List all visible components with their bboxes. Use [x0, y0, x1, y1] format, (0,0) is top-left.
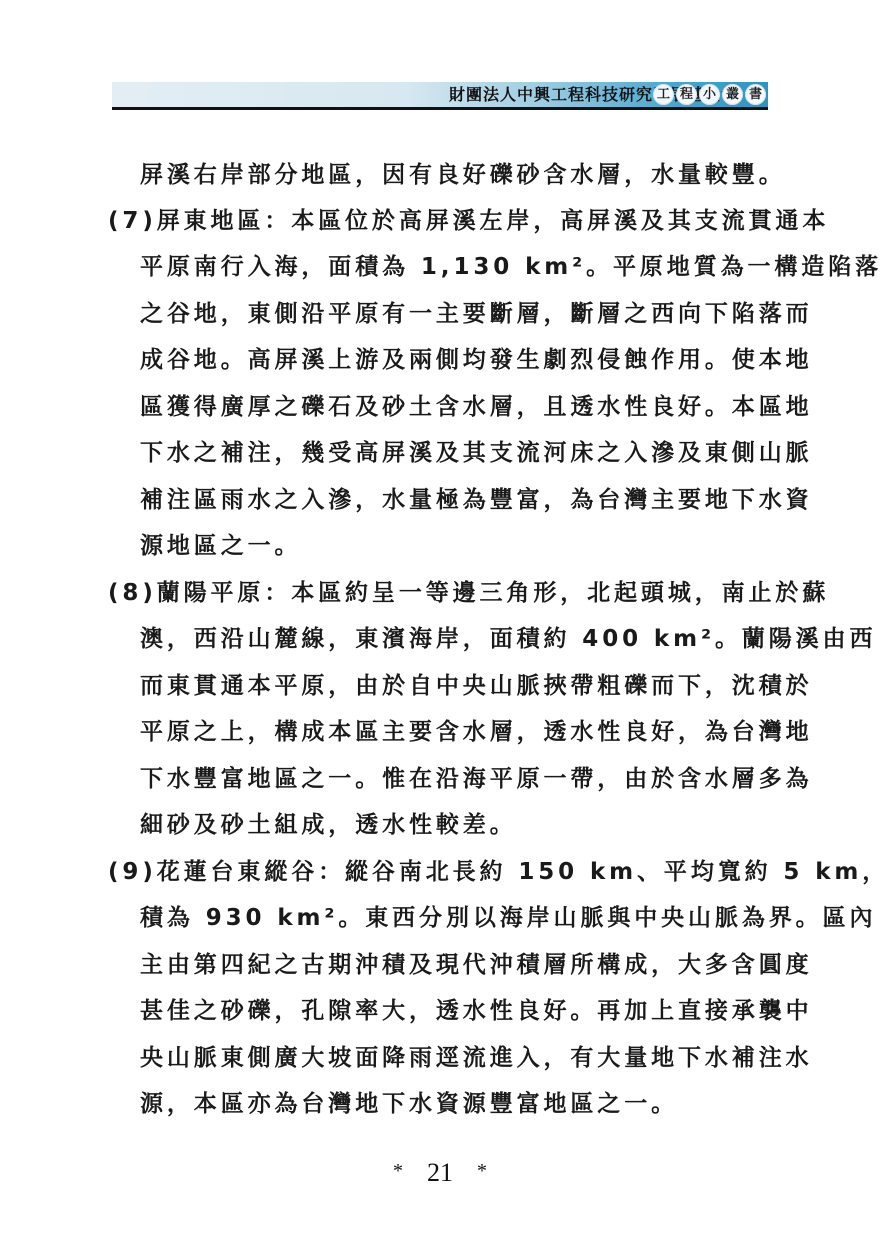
- text-line: 澳，西沿山麓線，東濱海岸，面積約 400 km²。蘭陽溪由西: [140, 624, 876, 654]
- series-badge-char: 叢: [722, 84, 743, 105]
- text-line: 甚佳之砂礫，孔隙率大，透水性良好。再加上直接承襲中: [140, 996, 813, 1026]
- text-line: 主由第四紀之古期沖積及現代沖積層所構成，大多含圓度: [140, 950, 813, 980]
- star-ornament-icon: *: [393, 1160, 403, 1182]
- text-line: 細砂及砂土組成，透水性較差。: [140, 810, 517, 840]
- list-item-8-heading: (8)蘭陽平原：本區約呈一等邊三角形，北起頭城，南止於蘇: [108, 578, 829, 608]
- series-badge-char: 小: [699, 84, 720, 105]
- text-line: 積為 930 km²。東西分別以海岸山脈與中央山脈為界。區內: [140, 903, 876, 933]
- series-badge-char: 書: [745, 84, 766, 105]
- header-divider: [112, 107, 768, 110]
- text-line: 之谷地，東側沿平原有一主要斷層，斷層之西向下陷落而: [140, 299, 813, 329]
- text-line: 區獲得廣厚之礫石及砂土含水層，且透水性良好。本區地: [140, 392, 813, 422]
- text-line: 下水豐富地區之一。惟在沿海平原一帶，由於含水層多為: [140, 764, 813, 794]
- text-line: 成谷地。高屏溪上游及兩側均發生劇烈侵蝕作用。使本地: [140, 345, 813, 375]
- text-line: 源地區之一。: [140, 531, 301, 561]
- text-line: 源，本區亦為台灣地下水資源豐富地區之一。: [140, 1089, 678, 1119]
- series-badge-char: 工: [653, 84, 674, 105]
- text-line: 補注區雨水之入滲，水量極為豐富，為台灣主要地下水資: [140, 485, 813, 515]
- list-item-9-heading: (9)花蓮台東縱谷：縱谷南北長約 150 km、平均寬約 5 km，面: [108, 857, 880, 887]
- text-line: 央山脈東側廣大坡面降雨逕流進入，有大量地下水補注水: [140, 1043, 813, 1073]
- series-badge-char: 程: [676, 84, 697, 105]
- series-logo: 工 程 小 叢 書: [653, 84, 766, 106]
- text-line: 屏溪右岸部分地區，因有良好礫砂含水層，水量較豐。: [140, 160, 786, 190]
- text-line: 平原南行入海，面積為 1,130 km²。平原地質為一構造陷落: [140, 252, 880, 282]
- text-line: 平原之上，構成本區主要含水層，透水性良好，為台灣地: [140, 717, 813, 747]
- text-line: 而東貫通本平原，由於自中央山脈挾帶粗礫而下，沈積於: [140, 671, 813, 701]
- text-line: 下水之補注，幾受高屏溪及其支流河床之入滲及東側山脈: [140, 438, 813, 468]
- page-footer: *21*: [0, 1158, 880, 1188]
- list-item-7-heading: (7)屏東地區：本區位於高屏溪左岸，高屏溪及其支流貫通本: [108, 206, 829, 236]
- star-ornament-icon: *: [477, 1160, 487, 1182]
- page-number: 21: [427, 1158, 453, 1187]
